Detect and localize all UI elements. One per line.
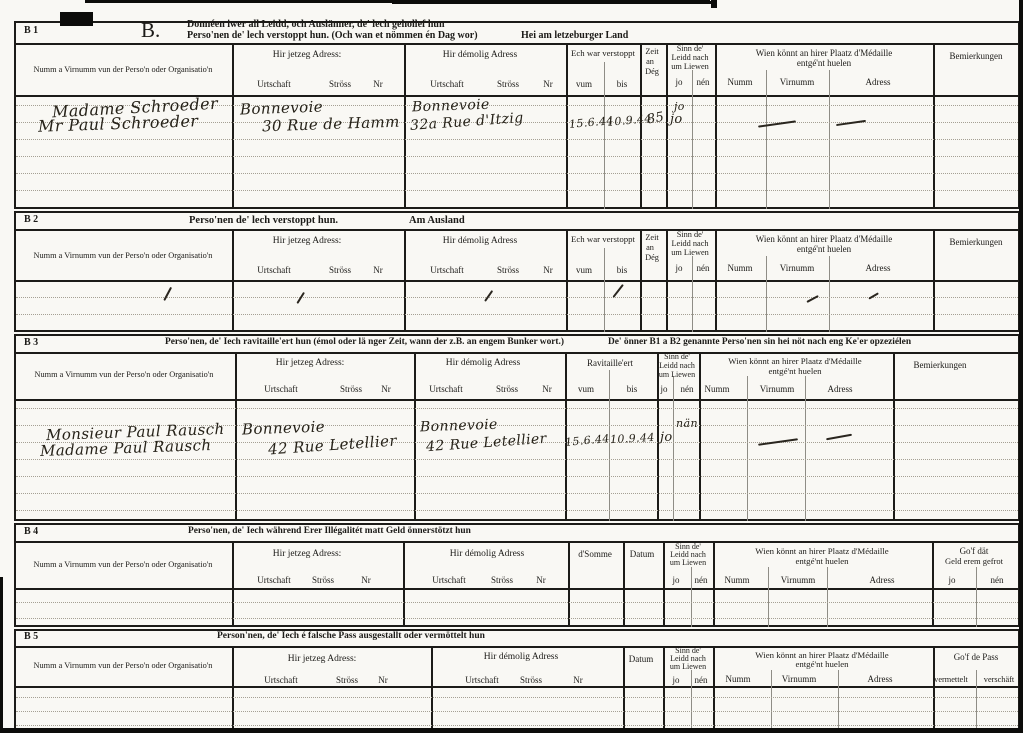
header-label: Virnumm xyxy=(780,78,814,87)
header-label: Hir jetzeg Adress: xyxy=(276,359,345,369)
column-line xyxy=(713,541,715,627)
header-label: Urtschaft xyxy=(264,676,298,685)
dotted-rule xyxy=(16,459,1018,460)
header-label: entgé'nt huelen xyxy=(795,660,848,669)
header-label: Urtschaft xyxy=(257,576,291,585)
header-label: Ströss xyxy=(329,266,351,275)
column-line xyxy=(232,43,234,209)
dotted-rule xyxy=(16,139,1018,140)
header-label: Urtschaft xyxy=(257,80,291,89)
handwritten-entry: jo xyxy=(660,431,673,444)
header-label: Numm xyxy=(725,675,750,684)
header-label: Ech war verstoppt xyxy=(571,235,635,244)
header-divider xyxy=(14,686,1020,688)
dotted-rule xyxy=(16,408,1018,409)
dotted-rule xyxy=(16,493,1018,494)
subcolumn-line xyxy=(805,376,806,521)
header-label: Ströss xyxy=(312,576,334,585)
header-label: Urtschaft xyxy=(430,80,464,89)
header-label: Nr xyxy=(373,266,383,275)
subcolumn-line xyxy=(771,670,772,733)
column-line xyxy=(623,646,625,733)
header-label: an xyxy=(646,244,654,253)
header-label: nén xyxy=(697,264,710,273)
header-label: Ravitaille'ert xyxy=(587,359,633,368)
column-line xyxy=(404,229,406,332)
column-line xyxy=(713,646,715,733)
column-line xyxy=(640,229,642,332)
scan-artifact xyxy=(1019,0,1023,733)
subcolumn-line xyxy=(829,256,830,332)
header-label: Urtschaft xyxy=(465,676,499,685)
subcolumn-line xyxy=(604,248,605,332)
header-label: Numm a Virnumm vun der Perso'n oder Orga… xyxy=(34,252,213,261)
header-label: jo xyxy=(948,576,955,585)
column-line xyxy=(933,43,935,209)
header-divider xyxy=(14,588,1020,590)
column-line xyxy=(232,229,234,332)
subcolumn-line xyxy=(838,670,839,733)
header-label: Nr xyxy=(543,266,553,275)
column-line xyxy=(663,646,665,733)
scan-artifact xyxy=(0,728,1023,733)
column-line xyxy=(699,352,701,521)
header-label: nén xyxy=(697,78,710,87)
header-label: Hir jetzeg Adress: xyxy=(273,51,342,61)
header-label: Virnumm xyxy=(781,576,815,585)
header-label: Numm a Virnumm vun der Perso'n oder Orga… xyxy=(34,662,213,671)
header-label: Ströss xyxy=(340,385,362,394)
header-label: vum xyxy=(576,80,592,89)
header-label: Ströss xyxy=(497,266,519,275)
section-id-b4: B 4 xyxy=(24,527,38,538)
column-line xyxy=(666,229,668,332)
header-label: vermettelt xyxy=(934,676,968,685)
header-label: Urtschaft xyxy=(430,266,464,275)
header-label: bis xyxy=(617,266,628,275)
header-label: Adress xyxy=(866,264,891,273)
header-label: Virnumm xyxy=(760,385,794,394)
header-label: nén xyxy=(681,385,694,394)
header-label: nén xyxy=(695,676,708,685)
header-label: Ströss xyxy=(520,676,542,685)
band-divider xyxy=(14,352,1020,354)
handwritten-entry: 85 xyxy=(646,111,665,127)
header-label: Urtschaft xyxy=(432,576,466,585)
scan-artifact xyxy=(392,1,712,4)
header-label: Numm xyxy=(724,576,749,585)
subcolumn-line xyxy=(604,62,605,209)
header-label: Urtschaft xyxy=(264,385,298,394)
column-line xyxy=(715,43,717,209)
dotted-rule xyxy=(16,314,1018,315)
header-label: Virnumm xyxy=(782,675,816,684)
subcolumn-line xyxy=(673,376,674,521)
header-label: Adress xyxy=(868,675,893,684)
dotted-rule xyxy=(16,725,1018,726)
column-line xyxy=(893,352,895,521)
header-label: Ech war verstoppt xyxy=(571,49,635,58)
column-line xyxy=(235,352,237,521)
band-divider xyxy=(14,646,1020,648)
column-line xyxy=(568,541,570,627)
header-label: an xyxy=(646,58,654,67)
column-line xyxy=(414,352,416,521)
header-label: um Liewen xyxy=(659,371,695,379)
header-label: Go'f de Pass xyxy=(954,653,999,662)
header-label: entgé'nt huelen xyxy=(797,245,851,254)
header-label: Bemierkungen xyxy=(914,361,967,370)
header-label: um Liewen xyxy=(670,663,706,671)
header-label: jo xyxy=(675,78,682,87)
band-divider xyxy=(14,229,1020,231)
header-label: Ströss xyxy=(336,676,358,685)
header-label: Numm a Virnumm vun der Perso'n oder Orga… xyxy=(34,561,213,570)
band-divider xyxy=(14,541,1020,543)
handwritten-entry: Bonnevoie xyxy=(242,420,326,438)
header-label: Geld erem gefrot xyxy=(945,557,1003,566)
header-divider xyxy=(14,399,1020,401)
handwritten-entry: 10.9.44 xyxy=(610,432,655,445)
header-label: jo xyxy=(672,576,679,585)
header-label: Hir jetzeg Adress: xyxy=(288,655,357,665)
header-label: Urtschaft xyxy=(429,385,463,394)
header-label: Datum xyxy=(630,550,655,559)
column-line xyxy=(623,541,625,627)
column-line xyxy=(715,229,717,332)
column-line xyxy=(663,541,665,627)
header-label: Dég xyxy=(645,68,659,77)
column-line xyxy=(666,43,668,209)
column-line xyxy=(431,646,433,733)
header-label: Bemierkungen xyxy=(950,238,1003,247)
header-label: Hir démolig Adress xyxy=(443,51,517,61)
header-label: Numm a Virnumm vun der Perso'n oder Orga… xyxy=(35,371,214,380)
header-label: entgé'nt huelen xyxy=(795,557,848,566)
section-title-location: Hei am letzeburger Land xyxy=(521,31,628,42)
header-label: Nr xyxy=(361,576,371,585)
header-label: Ströss xyxy=(491,576,513,585)
header-label: Numm a Virnumm vun der Perso'n oder Orga… xyxy=(34,66,213,75)
section-id-b1: B 1 xyxy=(24,26,38,37)
header-label: Ströss xyxy=(496,385,518,394)
header-label: Numm xyxy=(704,385,729,394)
column-line xyxy=(232,646,234,733)
header-label: Wien könnt an hirer Plaatz d'Médaille xyxy=(755,547,888,556)
header-label: jo xyxy=(672,676,679,685)
section-id-b5: B 5 xyxy=(24,632,38,643)
header-label: Hir démolig Adress xyxy=(446,359,520,369)
subcolumn-line xyxy=(691,670,692,733)
header-label: Nr xyxy=(378,676,388,685)
header-label: Hir démolig Adress xyxy=(443,237,517,247)
header-label: Virnumm xyxy=(780,264,814,273)
header-label: bis xyxy=(627,385,638,394)
header-label: Wien könnt an hirer Plaatz d'Médaille xyxy=(728,357,861,366)
header-label: jo xyxy=(675,264,682,273)
header-label: um Liewen xyxy=(671,63,709,72)
handwritten-entry: jo xyxy=(670,113,683,126)
header-label: nén xyxy=(695,576,708,585)
header-label: vum xyxy=(578,385,594,394)
dotted-rule xyxy=(16,190,1018,191)
scan-artifact xyxy=(711,0,717,8)
subcolumn-line xyxy=(766,256,767,332)
dotted-rule xyxy=(16,173,1018,174)
column-line xyxy=(933,646,935,733)
header-label: Nr xyxy=(373,80,383,89)
column-line xyxy=(403,541,405,627)
column-line xyxy=(566,43,568,209)
section-title-location: Am Ausland xyxy=(409,215,465,226)
handwritten-entry: Bonnevoie xyxy=(412,98,490,115)
column-line xyxy=(566,229,568,332)
section-title: Perso'nen, de' Iech ravitaille'ert hun (… xyxy=(165,338,564,348)
header-label: verschäft xyxy=(984,676,1014,685)
subcolumn-line xyxy=(976,670,977,733)
section-title: Person'nen, de' Iech é falsche Pass ausg… xyxy=(217,632,485,642)
column-line xyxy=(232,541,234,627)
subcolumn-line xyxy=(692,256,693,332)
section-title: Perso'nen, de' Iech während Erer Illégal… xyxy=(188,527,471,537)
header-label: Adress xyxy=(828,385,853,394)
dotted-rule xyxy=(16,602,1018,603)
header-label: Hir démolig Adress xyxy=(450,550,524,560)
handwritten-entry: Bonnevoie xyxy=(420,418,498,435)
header-label: Adress xyxy=(870,576,895,585)
header-label: um Liewen xyxy=(670,559,706,567)
header-label: Hir jetzeg Adress: xyxy=(273,237,342,247)
dotted-rule xyxy=(16,711,1018,712)
header-label: Zeit xyxy=(645,48,658,57)
header-label: Hir démolig Adress xyxy=(484,653,558,663)
header-label: Bemierkungen xyxy=(950,52,1003,61)
header-label: d'Somme xyxy=(578,550,612,559)
header-label: jo xyxy=(660,385,667,394)
form-letter: B. xyxy=(141,19,160,41)
header-label: Ströss xyxy=(497,80,519,89)
header-label: Numm xyxy=(727,78,752,87)
dotted-rule xyxy=(16,476,1018,477)
handwritten-entry: jo xyxy=(674,101,685,112)
scanned-form-page: B 1B.Donnéen iwer all Leidd, och Auslänn… xyxy=(0,0,1023,733)
header-label: Urtschaft xyxy=(257,266,291,275)
dotted-rule xyxy=(16,618,1018,619)
header-label: entgé'nt huelen xyxy=(797,59,851,68)
header-label: Zeit xyxy=(645,234,658,243)
header-label: um Liewen xyxy=(671,249,709,258)
section-title: Perso'nen de' lech verstoppt hun. xyxy=(189,215,338,226)
header-label: Dég xyxy=(645,254,659,263)
header-label: entgé'nt huelen xyxy=(768,367,821,376)
header-divider xyxy=(14,280,1020,282)
subcolumn-line xyxy=(747,376,748,521)
header-label: Adress xyxy=(866,78,891,87)
header-label: Nr xyxy=(536,576,546,585)
header-label: Nr xyxy=(573,676,583,685)
scan-artifact xyxy=(60,12,93,26)
header-label: vum xyxy=(576,266,592,275)
scan-artifact xyxy=(0,577,3,728)
dotted-rule xyxy=(16,510,1018,511)
dotted-rule xyxy=(16,697,1018,698)
header-label: Datum xyxy=(629,655,654,664)
handwritten-entry: nän xyxy=(676,418,698,429)
header-label: Nr xyxy=(381,385,391,394)
header-label: Numm xyxy=(727,264,752,273)
header-label: nén xyxy=(991,576,1004,585)
section-id-b2: B 2 xyxy=(24,215,38,226)
band-divider xyxy=(14,43,1020,45)
column-line xyxy=(933,229,935,332)
header-label: Nr xyxy=(543,80,553,89)
header-label: Hir jetzeg Adress: xyxy=(273,550,342,560)
column-line xyxy=(932,541,934,627)
column-line xyxy=(404,43,406,209)
header-label: Nr xyxy=(542,385,552,394)
header-label: Ströss xyxy=(329,80,351,89)
header-label: bis xyxy=(617,80,628,89)
section-id-b3: B 3 xyxy=(24,338,38,349)
section-title-note: De' önner B1 a B2 genannte Perso'nen sin… xyxy=(608,338,911,348)
section-title-line1: Donnéen iwer all Leidd, och Auslänner, d… xyxy=(187,20,445,31)
section-title-line2: Perso'nen de' lech verstoppt hun. (Och w… xyxy=(187,31,478,42)
dotted-rule xyxy=(16,156,1018,157)
